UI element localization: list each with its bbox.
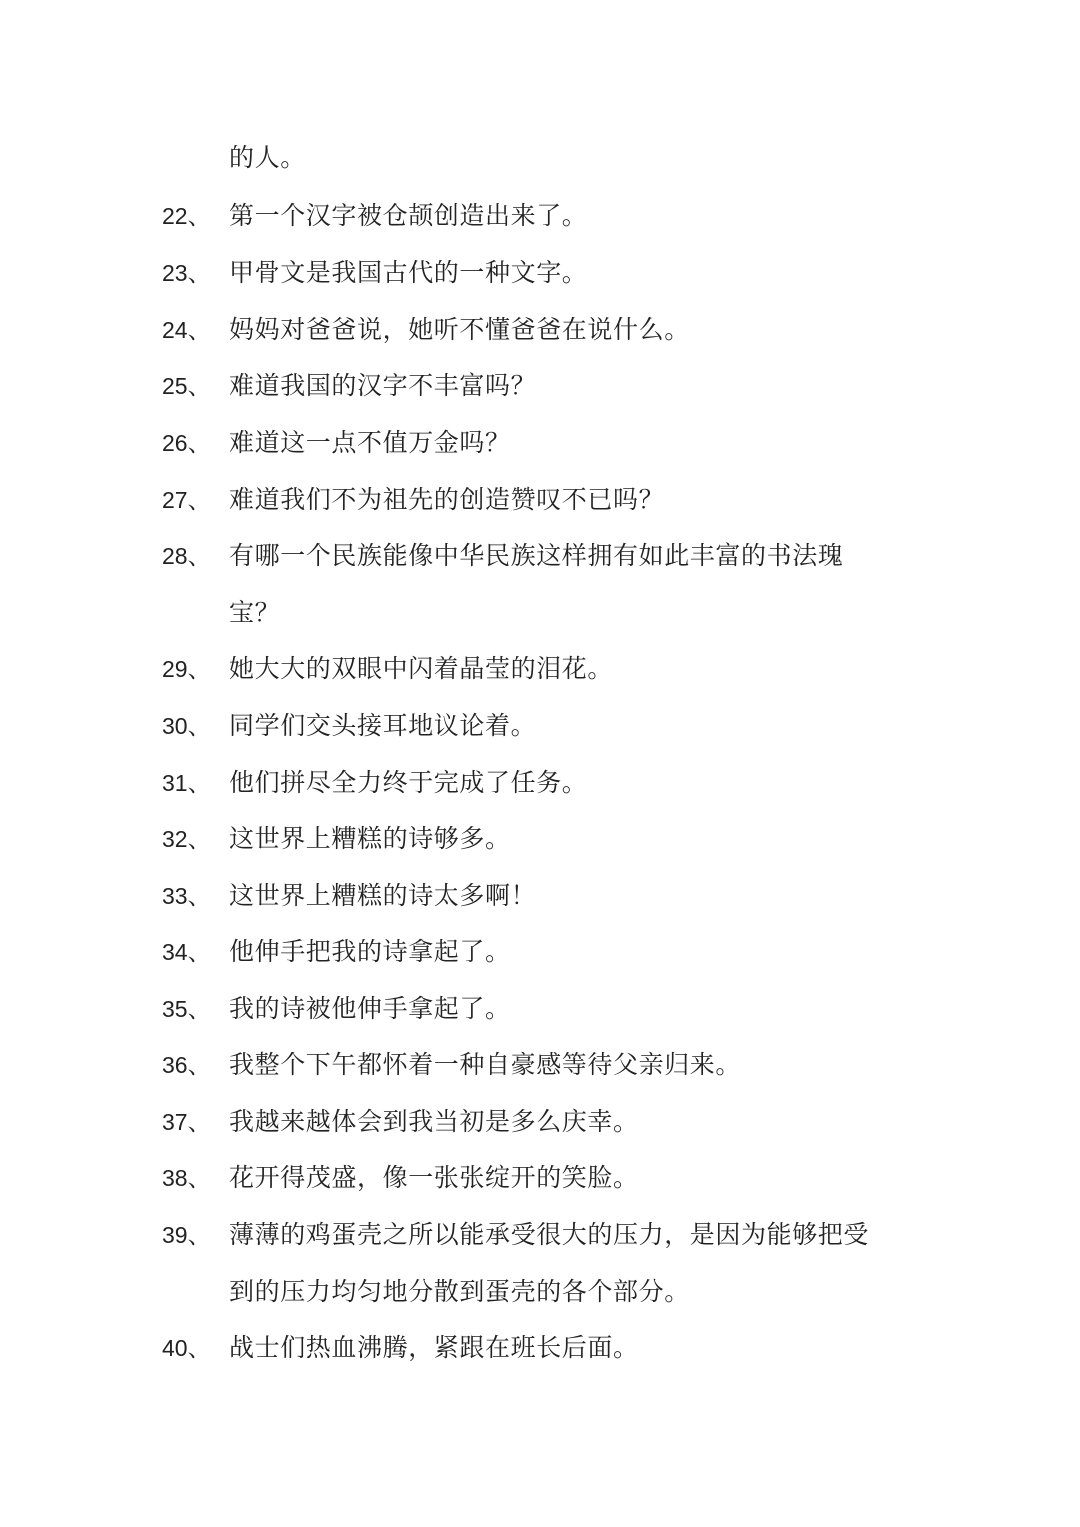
item-number: 22、 — [162, 196, 211, 236]
continuation-line: 的人。 — [0, 138, 1080, 178]
list-item-31: 31、 他们拼尽全力终于完成了任务。 — [0, 763, 1080, 803]
list-item-28: 28、 有哪一个民族能像中华民族这样拥有如此丰富的书法瑰 — [0, 536, 1080, 576]
list-item-27: 27、 难道我们不为祖先的创造赞叹不已吗？ — [0, 480, 1080, 520]
list-item-40: 40、 战士们热血沸腾，紧跟在班长后面。 — [0, 1328, 1080, 1368]
item-number: 32、 — [162, 819, 211, 859]
item-text: 我整个下午都怀着一种自豪感等待父亲归来。 — [229, 1045, 741, 1085]
item-text: 这世界上糟糕的诗太多啊！ — [229, 876, 536, 916]
list-item-22: 22、 第一个汉字被仓颉创造出来了。 — [0, 196, 1080, 236]
item-text: 我的诗被他伸手拿起了。 — [229, 989, 511, 1029]
item-text: 花开得茂盛，像一张张绽开的笑脸。 — [229, 1158, 639, 1198]
item-number: 27、 — [162, 480, 211, 520]
item-number: 30、 — [162, 706, 211, 746]
item-number: 36、 — [162, 1045, 211, 1085]
item-text-continuation: 宝？ — [229, 593, 280, 633]
item-number: 33、 — [162, 876, 211, 916]
item-text: 第一个汉字被仓颉创造出来了。 — [229, 196, 587, 236]
item-number: 28、 — [162, 536, 211, 576]
item-text: 他伸手把我的诗拿起了。 — [229, 932, 511, 972]
item-text: 有哪一个民族能像中华民族这样拥有如此丰富的书法瑰 — [229, 536, 843, 576]
item-text: 他们拼尽全力终于完成了任务。 — [229, 763, 587, 803]
list-item-23: 23、 甲骨文是我国古代的一种文字。 — [0, 253, 1080, 293]
list-item-30: 30、 同学们交头接耳地议论着。 — [0, 706, 1080, 746]
document-page: 的人。 22、 第一个汉字被仓颉创造出来了。 23、 甲骨文是我国古代的一种文字… — [0, 0, 1080, 1527]
item-text: 妈妈对爸爸说，她听不懂爸爸在说什么。 — [229, 310, 690, 350]
item-number: 35、 — [162, 989, 211, 1029]
item-number: 40、 — [162, 1328, 211, 1368]
item-number: 26、 — [162, 423, 211, 463]
list-item-34: 34、 他伸手把我的诗拿起了。 — [0, 932, 1080, 972]
item-number: 37、 — [162, 1102, 211, 1142]
item-text: 甲骨文是我国古代的一种文字。 — [229, 253, 587, 293]
item-text: 我越来越体会到我当初是多么庆幸。 — [229, 1102, 639, 1142]
continuation-text: 的人。 — [229, 138, 306, 178]
item-text: 难道这一点不值万金吗？ — [229, 423, 511, 463]
list-item-24: 24、 妈妈对爸爸说，她听不懂爸爸在说什么。 — [0, 310, 1080, 350]
list-item-26: 26、 难道这一点不值万金吗？ — [0, 423, 1080, 463]
item-number: 24、 — [162, 310, 211, 350]
item-text: 战士们热血沸腾，紧跟在班长后面。 — [229, 1328, 639, 1368]
item-number: 39、 — [162, 1215, 211, 1255]
item-number: 25、 — [162, 366, 211, 406]
item-text: 薄薄的鸡蛋壳之所以能承受很大的压力，是因为能够把受 — [229, 1215, 869, 1255]
item-number: 34、 — [162, 932, 211, 972]
list-item-28-continuation: 宝？ — [0, 593, 1080, 633]
item-text: 难道我国的汉字不丰富吗？ — [229, 366, 536, 406]
item-text: 这世界上糟糕的诗够多。 — [229, 819, 511, 859]
item-text: 她大大的双眼中闪着晶莹的泪花。 — [229, 649, 613, 689]
list-item-33: 33、 这世界上糟糕的诗太多啊！ — [0, 876, 1080, 916]
list-item-39: 39、 薄薄的鸡蛋壳之所以能承受很大的压力，是因为能够把受 — [0, 1215, 1080, 1255]
list-item-37: 37、 我越来越体会到我当初是多么庆幸。 — [0, 1102, 1080, 1142]
list-item-32: 32、 这世界上糟糕的诗够多。 — [0, 819, 1080, 859]
item-text-continuation: 到的压力均匀地分散到蛋壳的各个部分。 — [229, 1272, 690, 1312]
list-item-25: 25、 难道我国的汉字不丰富吗？ — [0, 366, 1080, 406]
list-item-35: 35、 我的诗被他伸手拿起了。 — [0, 989, 1080, 1029]
list-item-38: 38、 花开得茂盛，像一张张绽开的笑脸。 — [0, 1158, 1080, 1198]
item-number: 29、 — [162, 649, 211, 689]
item-number: 38、 — [162, 1158, 211, 1198]
item-number: 23、 — [162, 253, 211, 293]
list-item-29: 29、 她大大的双眼中闪着晶莹的泪花。 — [0, 649, 1080, 689]
list-item-36: 36、 我整个下午都怀着一种自豪感等待父亲归来。 — [0, 1045, 1080, 1085]
list-item-39-continuation: 到的压力均匀地分散到蛋壳的各个部分。 — [0, 1272, 1080, 1312]
item-text: 同学们交头接耳地议论着。 — [229, 706, 536, 746]
item-number: 31、 — [162, 763, 211, 803]
item-text: 难道我们不为祖先的创造赞叹不已吗？ — [229, 480, 664, 520]
